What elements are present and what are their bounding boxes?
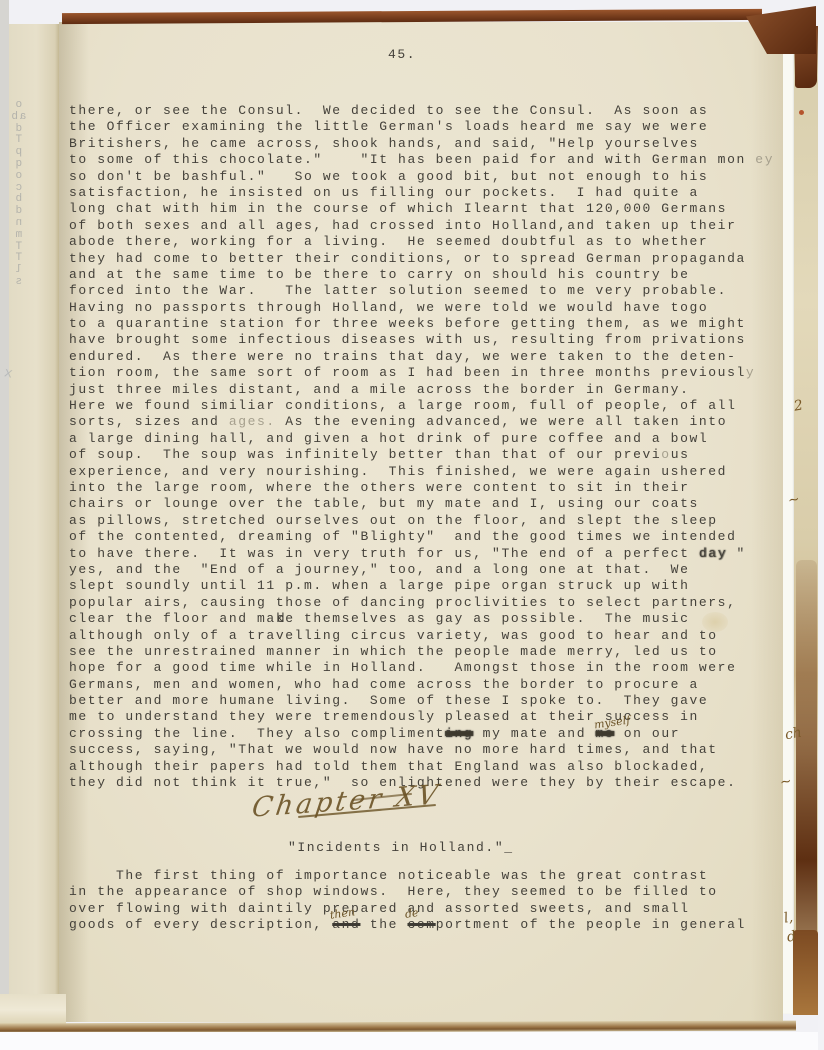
text-line: long chat with him in the course of whic… <box>69 201 774 217</box>
ghost-letter: n <box>6 218 30 230</box>
section-title: "Incidents in Holland."_ <box>288 840 514 856</box>
ghost-letter: s <box>6 277 30 289</box>
text-line: so don't be bashful." So we took a good … <box>69 169 774 185</box>
text-line: they had come to better their conditions… <box>69 251 774 267</box>
ghost-text-column: oabdTpqocbdnmTTls <box>6 100 30 289</box>
text-line: there, or see the Consul. We decided to … <box>69 103 774 119</box>
text-line: endured. As there were no trains that da… <box>69 349 774 365</box>
body-text: there, or see the Consul. We decided to … <box>69 103 774 791</box>
text-line: Here we found similiar conditions, a lar… <box>69 398 774 414</box>
text-line: Having no passports through Holland, we … <box>69 300 774 316</box>
text-line: The first thing of importance noticeable… <box>69 868 746 884</box>
handwritten-correction: then <box>329 905 356 925</box>
text-line: in the appearance of shop windows. Here,… <box>69 884 746 900</box>
text-line: just three miles distant, and a mile acr… <box>69 382 774 398</box>
margin-mark: ~ <box>779 773 793 791</box>
text-line: tion room, the same sort of room as I ha… <box>69 365 774 381</box>
text-line: success, saying, "That we would now have… <box>69 742 774 758</box>
text-line: goods of every description, andthen the … <box>69 917 746 933</box>
text-line: satisfaction, he insisted on us filling … <box>69 185 774 201</box>
text-line: Germans, men and women, who had come acr… <box>69 677 774 693</box>
ghost-letter: ab <box>6 112 30 124</box>
red-stain-dot <box>799 110 804 115</box>
scanned-book-page: 45. there, or see the Consul. We decided… <box>0 0 824 1050</box>
text-line: Britishers, he came across, shook hands,… <box>69 136 774 152</box>
page-number: 45. <box>388 47 416 63</box>
background-right <box>818 0 824 1050</box>
text-line: to some of this chocolate." "It has been… <box>69 152 774 168</box>
text-line: yes, and the "End of a journey," too, an… <box>69 562 774 578</box>
text-line: sorts, sizes and ages. As the evening ad… <box>69 414 774 430</box>
underlying-page-edge <box>783 42 794 1014</box>
ghost-letter: m <box>6 230 30 242</box>
text-line: to a quarantine station for three weeks … <box>69 316 774 332</box>
text-line: experience, and very nourishing. This fi… <box>69 464 774 480</box>
text-line: as pillows, stretched ourselves out on t… <box>69 513 774 529</box>
handwritten-correction: de <box>404 905 420 923</box>
text-line: a large dining hall, and given a hot dri… <box>69 431 774 447</box>
text-line: although only of a travelling circus var… <box>69 628 774 644</box>
text-line: see the unrestrained manner in which the… <box>69 644 774 660</box>
text-line: popular airs, causing those of dancing p… <box>69 595 774 611</box>
text-line: forced into the War. The latter solution… <box>69 283 774 299</box>
paragraph-2: The first thing of importance noticeable… <box>69 868 746 934</box>
text-line: of both sexes and all ages, had crossed … <box>69 218 774 234</box>
ghost-letter: o <box>6 171 30 183</box>
margin-mark: ch <box>784 725 803 744</box>
background-bottom <box>0 1032 824 1050</box>
text-line: to have there. It was in very truth for … <box>69 546 774 562</box>
text-line: me to understand they were tremendously … <box>69 709 774 725</box>
ghost-letter: q <box>6 159 30 171</box>
text-line: the Officer examining the little German'… <box>69 119 774 135</box>
text-line: crossing the line. They also complimenti… <box>69 726 774 742</box>
cover-damage-patch <box>796 560 817 960</box>
text-line: abode there, working for a living. He se… <box>69 234 774 250</box>
text-line: of the contented, dreaming of "Blighty" … <box>69 529 774 545</box>
text-line: better and more humane living. Some of t… <box>69 693 774 709</box>
text-line: chairs or lounge over the table, but my … <box>69 496 774 512</box>
text-line: of soup. The soup was infinitely better … <box>69 447 774 463</box>
text-line: have brought some infectious diseases wi… <box>69 332 774 348</box>
text-line: although their papers had told them that… <box>69 759 774 775</box>
text-line: clear the floor and makde themselves as … <box>69 611 774 627</box>
margin-mark: ~ <box>787 491 801 509</box>
text-line: hope for a good time while in Holland. A… <box>69 660 774 676</box>
text-line: into the large room, where the others we… <box>69 480 774 496</box>
text-line: slept soundly until 11 p.m. when a large… <box>69 578 774 594</box>
text-line: and at the same time to be there to carr… <box>69 267 774 283</box>
